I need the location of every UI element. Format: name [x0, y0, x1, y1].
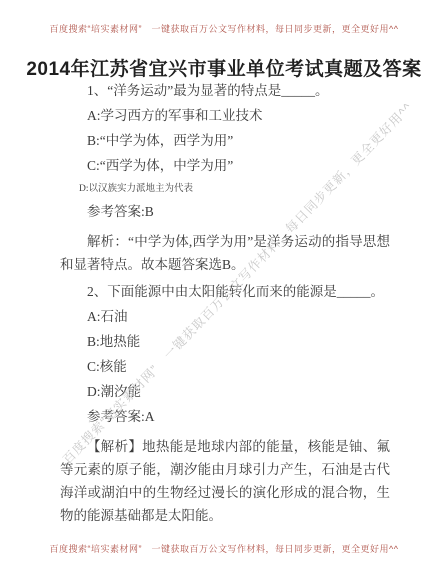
question-stem: 1、“洋务运动”最为显著的特点是_____。 [60, 84, 390, 98]
promo-footer: 百度搜索“培实素材网” 一键获取百万公文写作材料，每日同步更新，更全更好用^^ [0, 542, 448, 555]
document-body: 1、“洋务运动”最为显著的特点是_____。 A:学习西方的军事和工业技术 B:… [60, 84, 390, 536]
option-a: A:学习西方的军事和工业技术 [60, 109, 390, 123]
document-page: 百度搜索“培实素材网” 一键获取百万公文写作材料，每日同步更新，更全更好用^^ … [0, 0, 448, 580]
promo-header: 百度搜索“培实素材网” 一键获取百万公文写作材料，每日同步更新，更全更好用^^ [0, 22, 448, 35]
question-block-2: 2、下面能源中由太阳能转化而来的能源是_____。 A:石油 B:地热能 C:核… [60, 285, 390, 527]
analysis-paragraph: 解析：“中学为体,西学为用”是洋务运动的指导思想和显著特点。故本题答案选B。 [60, 230, 390, 276]
option-c: C:核能 [60, 360, 390, 374]
option-b: B:地热能 [60, 335, 390, 349]
option-c: C:“西学为体，中学为用” [60, 159, 390, 173]
question-block-1: 1、“洋务运动”最为显著的特点是_____。 A:学习西方的军事和工业技术 B:… [60, 84, 390, 276]
question-stem: 2、下面能源中由太阳能转化而来的能源是_____。 [60, 285, 390, 299]
option-d: D:潮汐能 [60, 385, 390, 399]
page-title: 2014年江苏省宜兴市事业单位考试真题及答案 [0, 54, 448, 81]
answer-line: 参考答案:A [60, 410, 390, 424]
option-a: A:石油 [60, 310, 390, 324]
answer-line: 参考答案:B [60, 205, 390, 219]
option-d: D:以汉族实力派地主为代表 [60, 184, 390, 194]
analysis-paragraph: 【解析】地热能是地球内部的能量，核能是铀、氟等元素的原子能，潮汐能由月球引力产生… [60, 435, 390, 527]
option-b: B:“中学为体，西学为用” [60, 134, 390, 148]
